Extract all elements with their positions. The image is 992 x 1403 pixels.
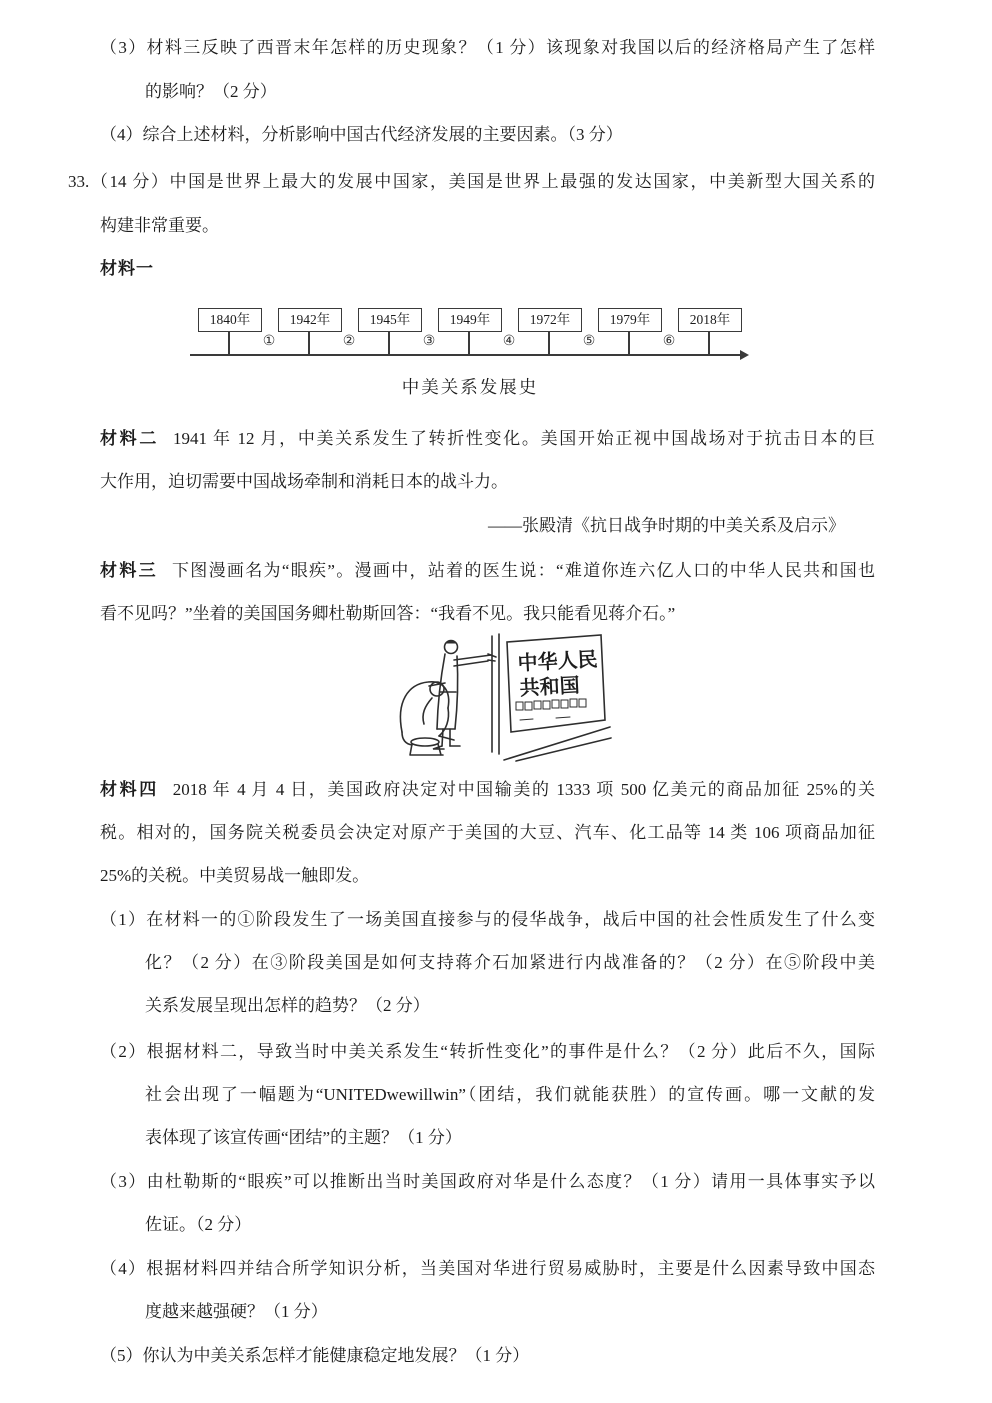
material2-source: ——张殿清《抗日战争时期的中美关系及启示》 bbox=[488, 514, 845, 538]
timeline-stage-number: ⑥ bbox=[649, 333, 689, 350]
timeline-tick bbox=[548, 332, 550, 355]
timeline-tick bbox=[628, 332, 630, 355]
sign-text-line2: 共和国 bbox=[519, 673, 580, 700]
timeline-stage-number: ③ bbox=[409, 333, 449, 350]
timeline-year-box: 2018年 bbox=[678, 308, 742, 332]
material4-label-text: 材料四 bbox=[100, 780, 159, 799]
material2-line2: 大作用，迫切需要中国战场牵制和消耗日本的战斗力。 bbox=[100, 470, 508, 494]
q33-sub3-line1: （3）由杜勒斯的“眼疾”可以推断出当时美国政府对华是什么态度？（1 分）请用一具… bbox=[100, 1170, 875, 1194]
exam-paper-page: （3）材料三反映了西晋末年怎样的历史现象？（1 分）该现象对我国以后的经济格局产… bbox=[0, 0, 992, 1403]
timeline-stage-number: ⑤ bbox=[569, 333, 609, 350]
wall-frame bbox=[492, 634, 499, 754]
q33-sub2-line2: 社会出现了一幅题为“UNITEDwewillwin”（团结，我们就能获胜）的宣传… bbox=[145, 1083, 875, 1107]
timeline-axis-line bbox=[190, 354, 742, 356]
timeline-tick bbox=[308, 332, 310, 355]
material4-text1: 2018 年 4 月 4 日，美国政府决定对中国输美的 1333 项 500 亿… bbox=[173, 780, 875, 799]
q32-sub3-line1: （3）材料三反映了西晋末年怎样的历史现象？（1 分）该现象对我国以后的经济格局产… bbox=[100, 36, 875, 60]
material3-label-text: 材料三 bbox=[100, 561, 158, 580]
q32-sub4-line: （4）综合上述材料，分析影响中国古代经济发展的主要因素。（3 分） bbox=[100, 123, 623, 147]
timeline-year-box: 1840年 bbox=[198, 308, 262, 332]
timeline-tick bbox=[708, 332, 710, 355]
material1-label-text: 材料一 bbox=[100, 259, 154, 278]
q33-intro-line2: 构建非常重要。 bbox=[100, 214, 219, 238]
q33-sub1-line2: 化？（2 分）在③阶段美国是如何支持蒋介石加紧进行内战准备的？（2 分）在⑤阶段… bbox=[145, 951, 875, 975]
timeline-year-box: 1942年 bbox=[278, 308, 342, 332]
timeline-stage-number: ① bbox=[249, 333, 289, 350]
material2-text1: 1941 年 12 月，中美关系发生了转折性变化。美国开始正视中国战场对于抗击日… bbox=[173, 429, 875, 448]
political-cartoon-eye-disease: 中华人民 共和国 bbox=[388, 632, 616, 764]
timeline-stage-number: ② bbox=[329, 333, 369, 350]
timeline-stage-number: ④ bbox=[489, 333, 529, 350]
material4-line3: 25%的关税。中美贸易战一触即发。 bbox=[100, 864, 369, 888]
ground-lines bbox=[504, 727, 611, 761]
q33-intro-line1: 33.（14 分）中国是世界上最大的发展中国家，美国是世界上最强的发达国家，中美… bbox=[68, 170, 875, 194]
q33-sub1-line1: （1）在材料一的①阶段发生了一场美国直接参与的侵华战争，战后中国的社会性质发生了… bbox=[100, 908, 875, 932]
timeline-year-box: 1945年 bbox=[358, 308, 422, 332]
timeline-tick bbox=[468, 332, 470, 355]
timeline-tick bbox=[388, 332, 390, 355]
material3-line1: 材料三下图漫画名为“眼疾”。漫画中，站着的医生说：“难道你连六亿人口的中华人民共… bbox=[100, 559, 875, 583]
material3-text1: 下图漫画名为“眼疾”。漫画中，站着的医生说：“难道你连六亿人口的中华人民共和国也 bbox=[172, 561, 875, 580]
timeline-tick bbox=[228, 332, 230, 355]
material2-line1: 材料二1941 年 12 月，中美关系发生了转折性变化。美国开始正视中国战场对于… bbox=[100, 427, 875, 451]
q33-sub4-line1: （4）根据材料四并结合所学知识分析，当美国对华进行贸易威胁时，主要是什么因素导致… bbox=[100, 1257, 875, 1281]
material2-label-text: 材料二 bbox=[100, 429, 159, 448]
q32-sub3-line2: 的影响？（2 分） bbox=[145, 80, 277, 104]
timeline-year-box: 1979年 bbox=[598, 308, 662, 332]
material4-line1: 材料四2018 年 4 月 4 日，美国政府决定对中国输美的 1333 项 50… bbox=[100, 778, 875, 802]
timeline-arrow-head bbox=[740, 350, 749, 360]
prc-sign: 中华人民 共和国 bbox=[507, 635, 605, 732]
timeline-year-box: 1949年 bbox=[438, 308, 502, 332]
material1-label: 材料一 bbox=[100, 257, 154, 281]
q33-sub4-line2: 度越来越强硬？（1 分） bbox=[145, 1300, 328, 1324]
timeline-caption: 中美关系发展史 bbox=[190, 374, 750, 399]
q33-sub1-line3: 关系发展呈现出怎样的趋势？（2 分） bbox=[145, 994, 430, 1018]
q33-sub2-line3: 表体现了该宣传画“团结”的主题？（1 分） bbox=[145, 1126, 462, 1150]
material3-line2: 看不见吗？”坐着的美国国务卿杜勒斯回答：“我看不见。我只能看见蒋介石。” bbox=[100, 602, 675, 626]
q33-sub5-line1: （5）你认为中美关系怎样才能健康稳定地发展？（1 分） bbox=[100, 1344, 529, 1368]
q33-sub3-line2: 佐证。（2 分） bbox=[145, 1213, 251, 1237]
q33-sub2-line1: （2）根据材料二，导致当时中美关系发生“转折性变化”的事件是什么？（2 分）此后… bbox=[100, 1040, 875, 1064]
material4-line2: 税。相对的，国务院关税委员会决定对原产于美国的大豆、汽车、化工品等 14 类 1… bbox=[100, 821, 875, 845]
timeline-year-box: 1972年 bbox=[518, 308, 582, 332]
timeline-diagram: 1840年 1942年 1945年 1949年 1972年 1979年 2018… bbox=[190, 302, 755, 364]
